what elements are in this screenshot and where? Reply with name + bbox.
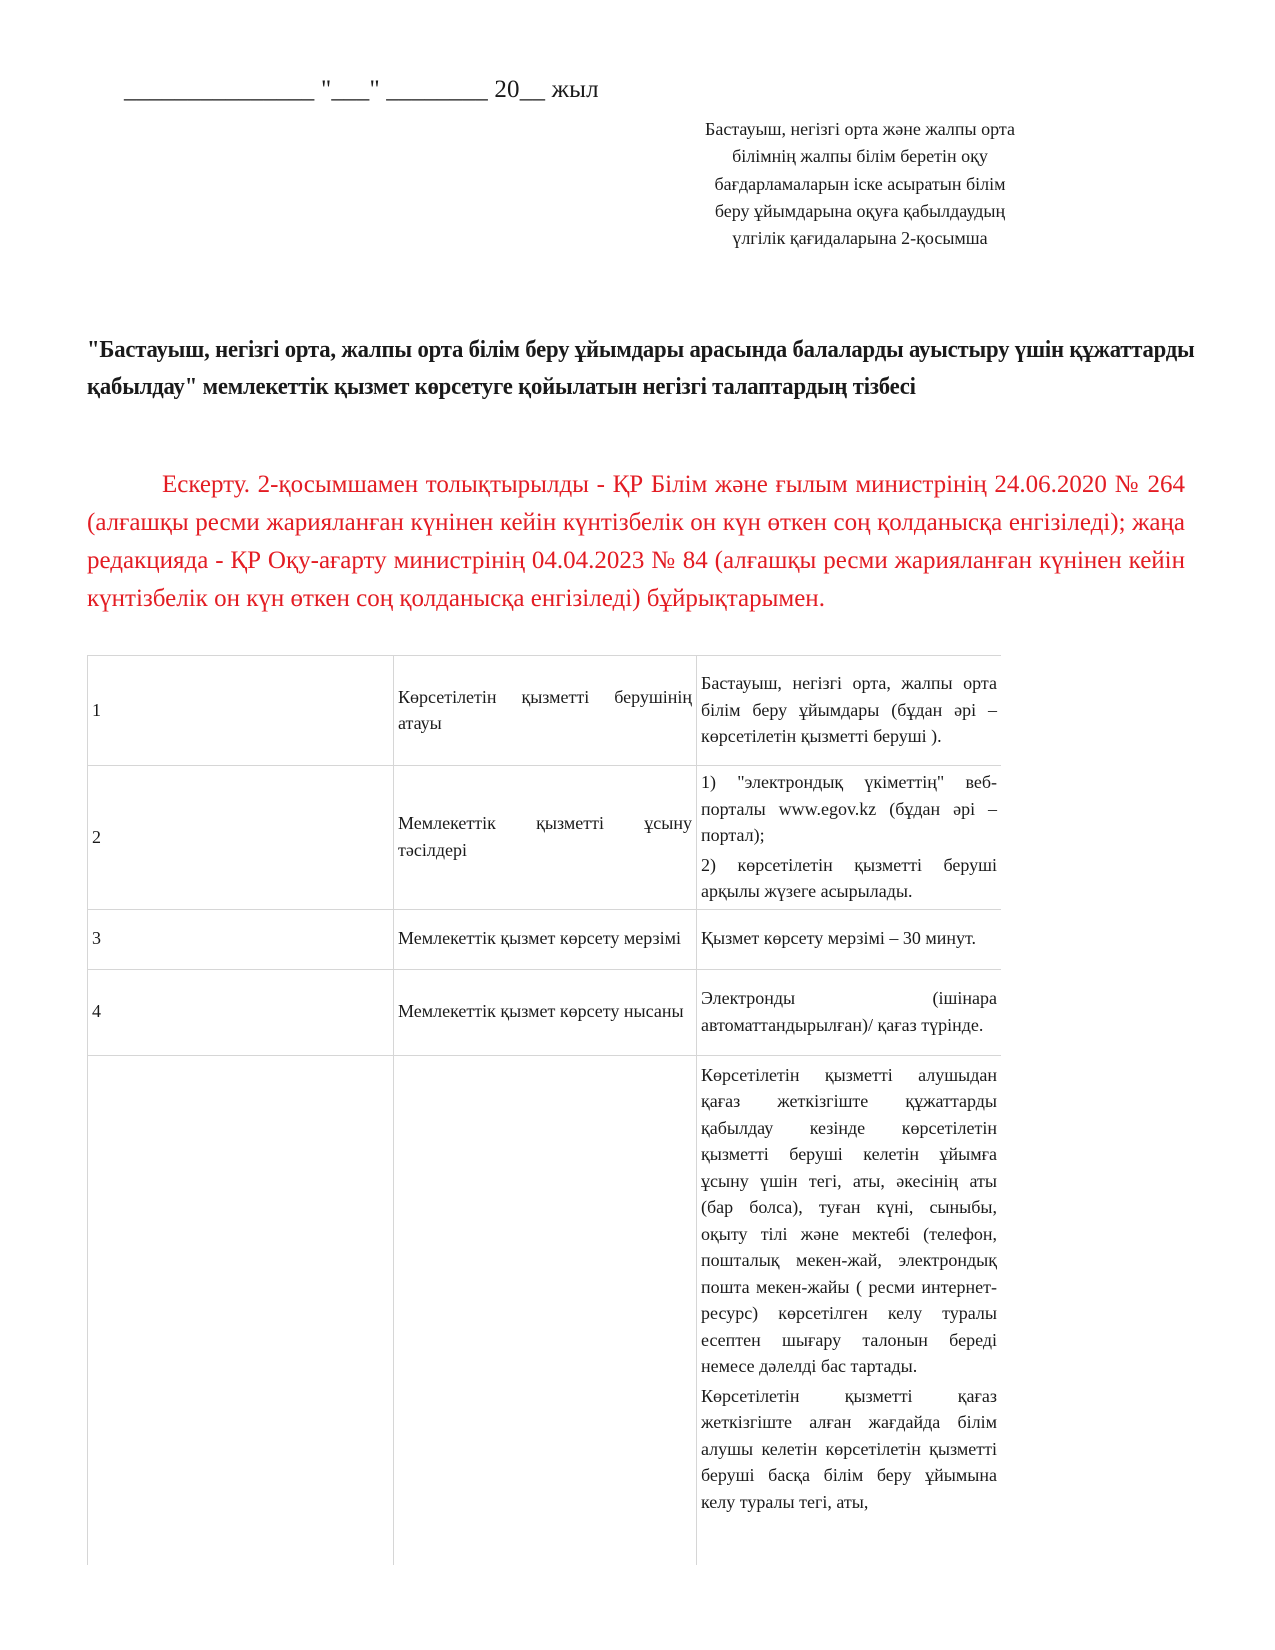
row-value-paragraph: Қызмет көрсету мерзімі – 30 минут. xyxy=(701,925,997,952)
row-value-paragraph: 2) көрсетілетін қызметті беруші арқылы ж… xyxy=(701,852,997,905)
amendment-note: Ескерту. 2-қосымшамен толықтырылды - ҚР … xyxy=(87,466,1185,618)
row-value-paragraph: Көрсетілетін қызметті алушыдан қағаз жет… xyxy=(701,1062,997,1380)
row-label xyxy=(394,1055,697,1615)
row-value: Электронды (ішінара автоматтандырылған)/… xyxy=(697,969,1002,1055)
row-number: 4 xyxy=(88,969,394,1055)
row-number: 1 xyxy=(88,656,394,766)
appendix-note: Бастауыш, негізгі орта және жалпы орта б… xyxy=(700,116,1020,252)
row-value-paragraph: Бастауыш, негізгі орта, жалпы орта білім… xyxy=(701,670,997,750)
row-value: 1) "электрондық үкіметтің" веб-порталы w… xyxy=(697,766,1002,910)
page-bottom-margin xyxy=(0,1565,1275,1650)
row-number: 3 xyxy=(88,909,394,969)
row-value: Қызмет көрсету мерзімі – 30 минут. xyxy=(697,909,1002,969)
table-row: 1 Көрсетілетін қызметті берушінің атауы … xyxy=(88,656,1002,766)
row-value: Көрсетілетін қызметті алушыдан қағаз жет… xyxy=(697,1055,1002,1615)
row-number xyxy=(88,1055,394,1615)
row-number: 2 xyxy=(88,766,394,910)
row-label: Мемлекеттік қызмет көрсету нысаны xyxy=(394,969,697,1055)
row-value-paragraph: Көрсетілетін қызметті қағаз жеткізгіште … xyxy=(701,1383,997,1516)
requirements-table: 1 Көрсетілетін қызметті берушінің атауы … xyxy=(87,655,1001,1615)
row-value: Бастауыш, негізгі орта, жалпы орта білім… xyxy=(697,656,1002,766)
row-label: Мемлекеттік қызмет көрсету мерзімі xyxy=(394,909,697,969)
row-value-paragraph: Электронды (ішінара автоматтандырылған)/… xyxy=(701,985,997,1038)
row-value-paragraph: 1) "электрондық үкіметтің" веб-порталы w… xyxy=(701,769,997,849)
table-row: 2 Мемлекеттік қызметті ұсыну тәсілдері 1… xyxy=(88,766,1002,910)
table-row: 4 Мемлекеттік қызмет көрсету нысаны Элек… xyxy=(88,969,1002,1055)
row-label: Көрсетілетін қызметті берушінің атауы xyxy=(394,656,697,766)
date-line: _______________ "___" ________ 20__ жыл xyxy=(124,76,599,104)
document-title: "Бастауыш, негізгі орта, жалпы орта білі… xyxy=(87,332,1198,405)
table-row: Көрсетілетін қызметті алушыдан қағаз жет… xyxy=(88,1055,1002,1615)
row-label: Мемлекеттік қызметті ұсыну тәсілдері xyxy=(394,766,697,910)
table-row: 3 Мемлекеттік қызмет көрсету мерзімі Қыз… xyxy=(88,909,1002,969)
